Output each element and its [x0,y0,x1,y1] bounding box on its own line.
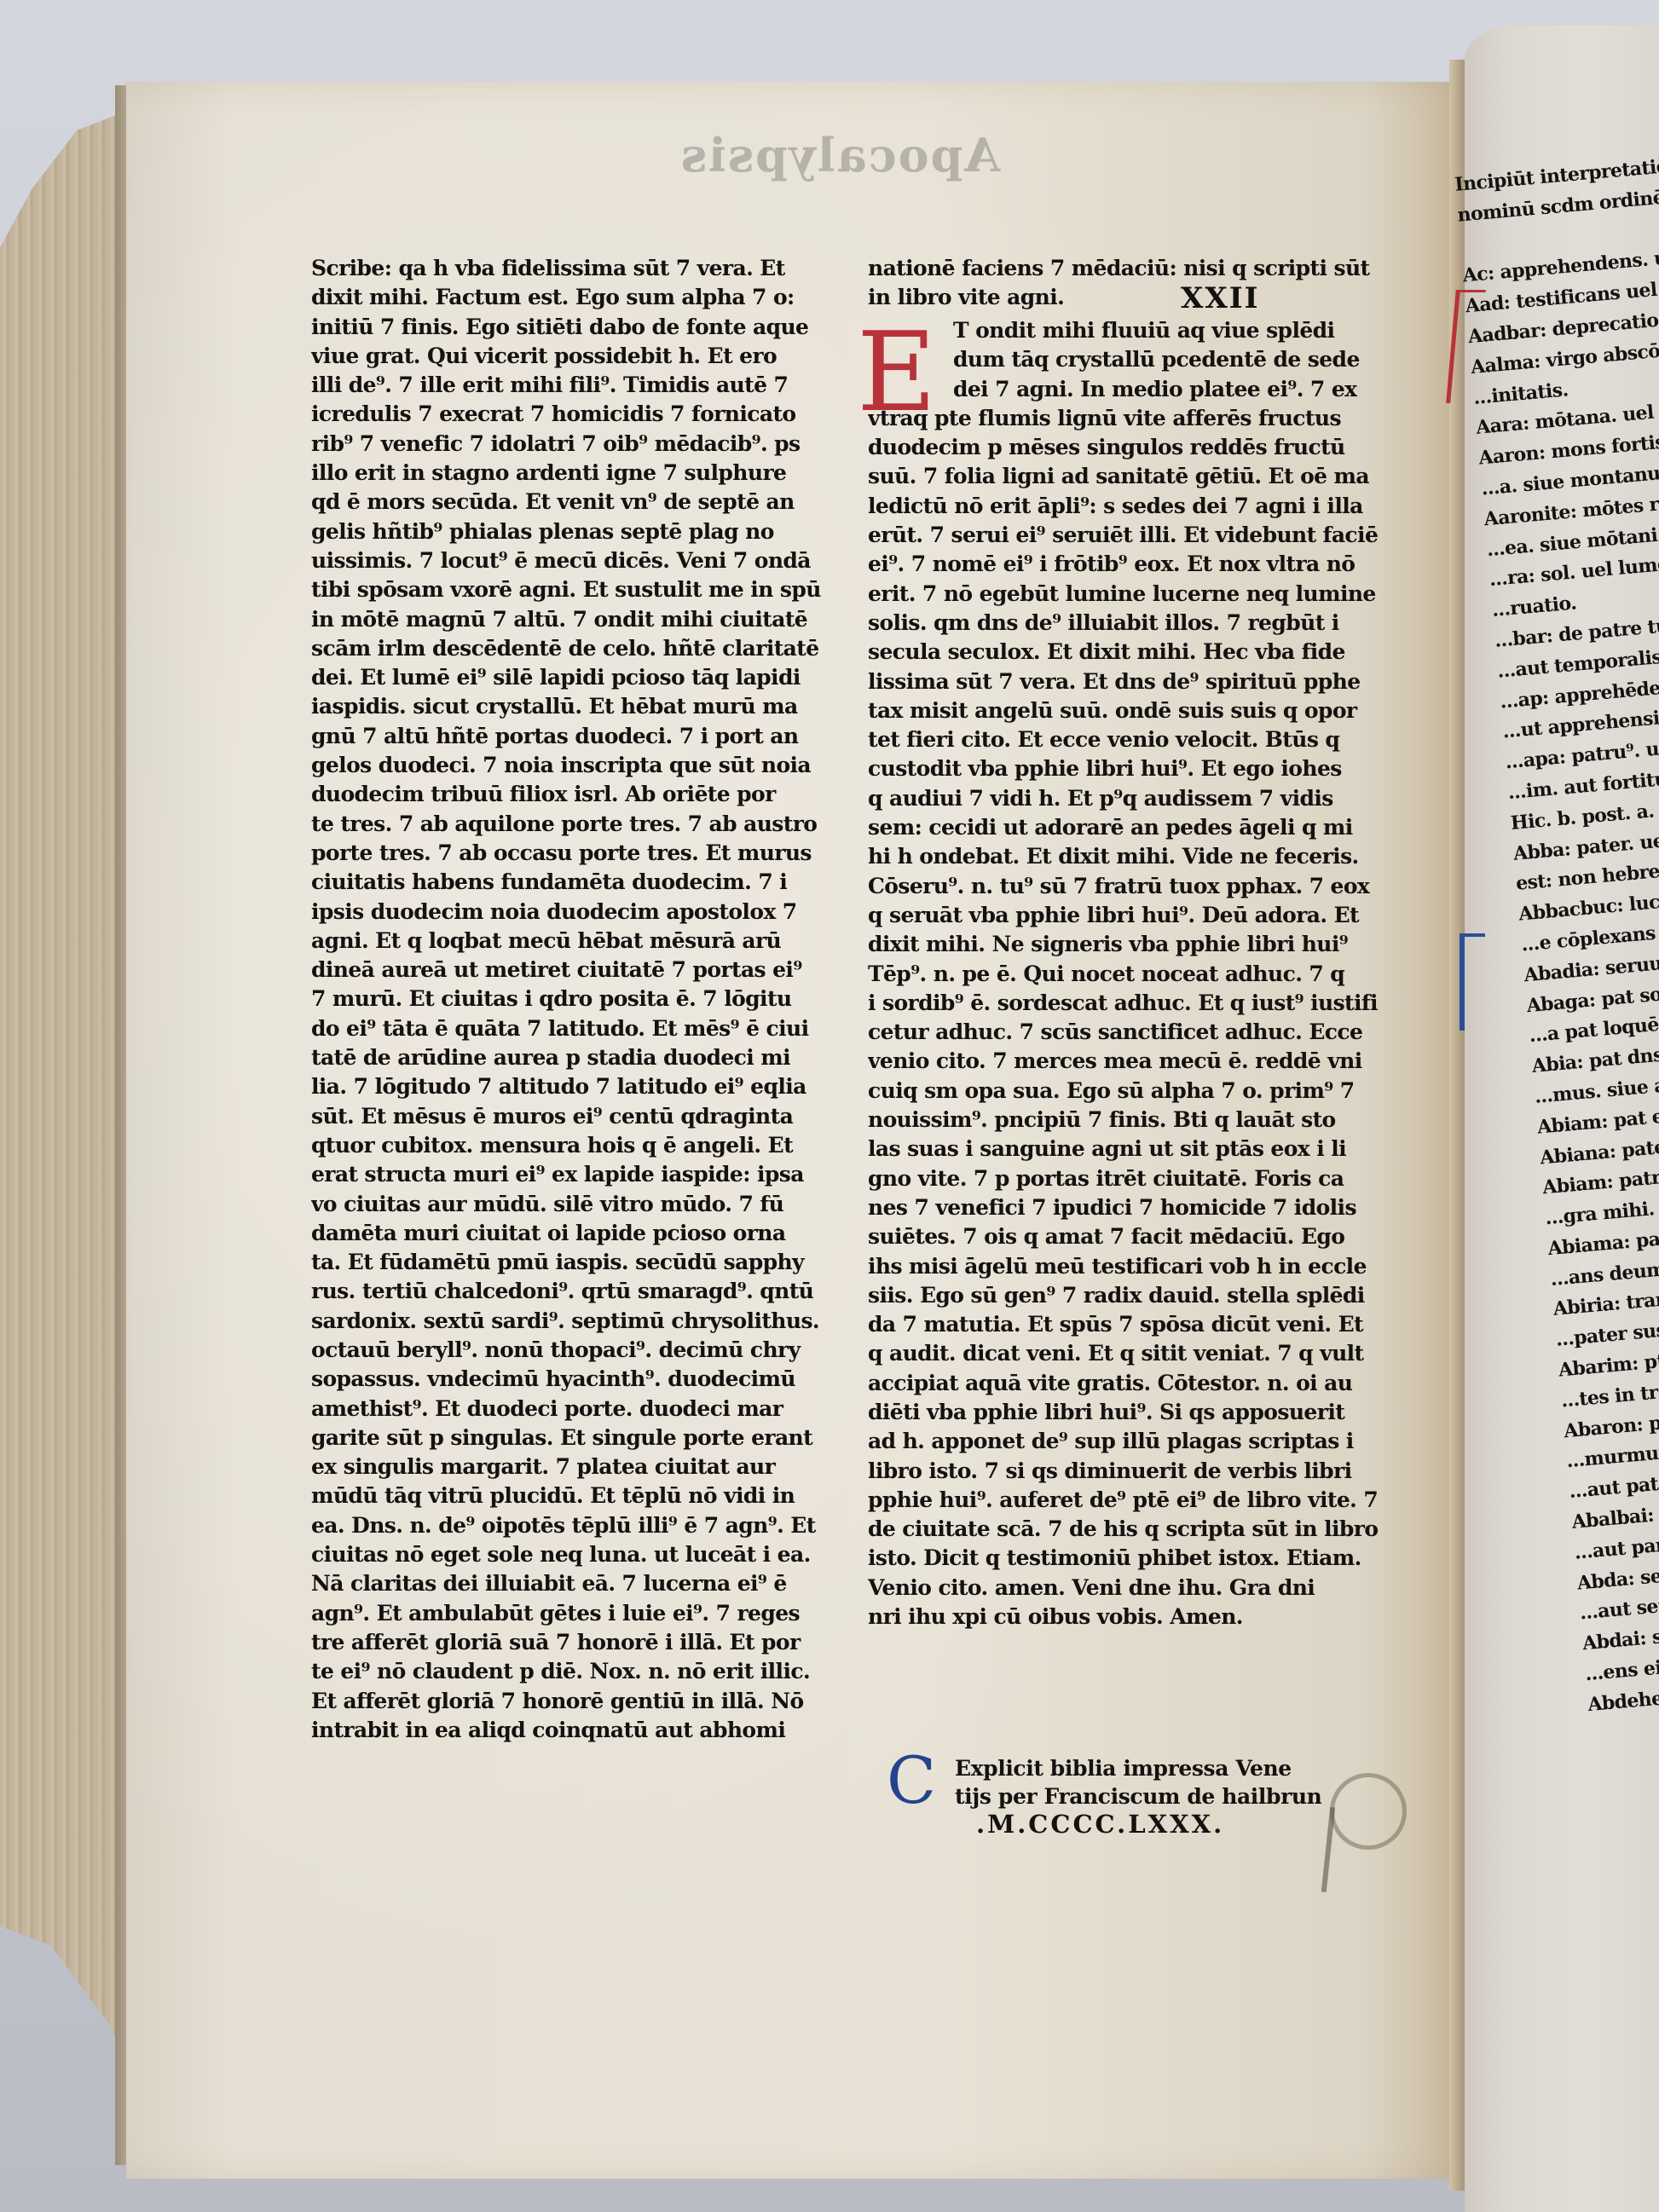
text-line: ihs misi āgelū meū testificari vob h in … [868,1252,1384,1281]
text-line: Tēp⁹. n. pe ē. Qui nocet noceat adhuc. 7… [868,960,1384,989]
text-line: iaspidis. sicut crystallū. Et hēbat murū… [311,692,840,721]
left-text-column: Scribe: qa h vba fidelissima sūt 7 vera.… [311,254,840,1745]
text-line: Et afferēt gloriā 7 honorē gentiū in ill… [311,1687,840,1716]
text-line: dum tāq crystallū pcedentē de sede [868,345,1384,374]
colophon: Explicit biblia impressa Vene tijs per F… [887,1754,1321,1839]
text-line: initiū 7 finis. Ego sitiēti dabo de font… [311,313,840,342]
text-line: in libro vite agni. [868,283,1384,312]
text-line: intrabit in ea aliqd coinqnatū aut abhom… [311,1716,840,1745]
text-line: sopassus. vndecimū hyacinth⁹. duodecimū [311,1365,840,1394]
text-line: dei 7 agni. In medio platee ei⁹. 7 ex [868,375,1384,404]
text-line: illi de⁹. 7 ille erit mihi fili⁹. Timidi… [311,371,840,400]
text-line: diēti vba pphie libri hui⁹. Si qs apposu… [868,1398,1384,1427]
text-line: hi h ondebat. Et dixit mihi. Vide ne fec… [868,842,1384,871]
text-line: gelis hñtib⁹ phialas plenas septē plag n… [311,517,840,546]
text-line: garite sūt p singulas. Et singule porte … [311,1424,840,1453]
text-line: ciuitatis habens fundamēta duodecim. 7 i [311,868,840,897]
text-line: nouissim⁹. pncipiū 7 finis. Bti q lauāt … [868,1106,1384,1135]
text-line: ei⁹. 7 nomē ei⁹ i frōtib⁹ eox. Et nox vl… [868,550,1384,579]
text-line: T ondit mihi fluuiū aq viue splēdi [868,316,1384,345]
text-line: mūdū tāq vitrū plucidū. Et tēplū nō vidi… [311,1481,840,1510]
colophon-line-2: tijs per Franciscum de hailbrun [887,1782,1321,1811]
text-line: q audiui 7 vidi h. Et p⁹q audissem 7 vid… [868,784,1384,813]
text-line: accipiat aquā vite gratis. Cōtestor. n. … [868,1369,1384,1398]
text-line: ad h. apponet de⁹ sup illū plagas script… [868,1427,1384,1456]
text-line: qd ē mors secūda. Et venit vn⁹ de septē … [311,488,840,517]
text-line: i sordib⁹ ē. sordescat adhuc. Et q iust⁹… [868,989,1384,1018]
recto-blue-initial [1460,933,1485,1031]
text-line: ledictū nō erit āpli⁹: s sedes dei 7 agn… [868,492,1384,521]
text-line: agni. Et q loqbat mecū hēbat mēsurā arū [311,927,840,956]
text-line: tet fieri cito. Et ecce venio velocit. B… [868,725,1384,754]
text-line: da 7 matutia. Et spūs 7 spōsa dicūt veni… [868,1310,1384,1339]
text-line: secula seculox. Et dixit mihi. Hec vba f… [868,638,1384,667]
text-line: Cōseru⁹. n. tu⁹ sū 7 fratrū tuox pphax. … [868,872,1384,901]
text-line: tatē de arūdine aurea p stadia duodeci m… [311,1043,840,1072]
text-line: sem: cecidi ut adorarē an pedes āgeli q … [868,813,1384,842]
text-line: ta. Et fūdamētū pmū iaspis. secūdū sapph… [311,1248,840,1277]
text-line: dineā aureā ut metiret ciuitatē 7 portas… [311,956,840,985]
text-line: Scribe: qa h vba fidelissima sūt 7 vera.… [311,254,840,283]
right-column-top: nationē faciens 7 mēdaciū: nisi q script… [868,254,1384,313]
text-line: rib⁹ 7 venefic 7 idolatri 7 oib⁹ mēdacib… [311,430,840,459]
right-column-body: T ondit mihi fluuiū aq viue splēdidum tā… [868,316,1384,1632]
text-line: vtraq pte flumis lignū vite afferēs fruc… [868,404,1384,433]
text-line: nri ihu xpi cū oibus vobis. Amen. [868,1603,1384,1632]
text-line: do ei⁹ tāta ē quāta 7 latitudo. Et mēs⁹ … [311,1014,840,1043]
text-line: amethist⁹. Et duodeci porte. duodeci mar [311,1395,840,1424]
text-line: tax misit angelū suū. ondē suis suis q o… [868,696,1384,725]
text-line: viue grat. Qui vicerit possidebit h. Et … [311,342,840,371]
page-stack-edge [0,111,128,2063]
text-line: cuiq sm opa sua. Ego sū alpha 7 o. prim⁹… [868,1077,1384,1106]
text-line: qtuor cubitox. mensura hois q ē angeli. … [311,1131,840,1160]
running-head-show-through: Apocalypsis [678,128,1002,188]
text-line: scām irlm descēdentē de celo. hñtē clari… [311,634,840,663]
text-line: lia. 7 lōgitudo 7 altitudo 7 latitudo ei… [311,1072,840,1101]
text-line: venio cito. 7 merces mea mecū ē. reddē v… [868,1047,1384,1076]
text-line: custodit vba pphie libri hui⁹. Et ego io… [868,754,1384,783]
text-line: pphie hui⁹. auferet de⁹ ptē ei⁹ de libro… [868,1486,1384,1515]
text-line: porte tres. 7 ab occasu porte tres. Et m… [311,839,840,868]
text-line: ciuitas nō eget sole neq luna. ut luceāt… [311,1540,840,1569]
text-line: Venio cito. amen. Veni dne ihu. Gra dni [868,1574,1384,1603]
text-line: 7 murū. Et ciuitas i qdro posita ē. 7 lō… [311,985,840,1014]
text-line: ex singulis margarit. 7 platea ciuitat a… [311,1453,840,1481]
text-line: sardonix. sextū sardi⁹. septimū chrysoli… [311,1307,840,1336]
text-line: gnū 7 altū hñtē portas duodeci. 7 i port… [311,722,840,751]
text-line: cetur adhuc. 7 scūs sanctificet adhuc. E… [868,1018,1384,1047]
text-line: ea. Dns. n. de⁹ oipotēs tēplū illi⁹ ē 7 … [311,1511,840,1540]
ink-stamp-mark [1330,1773,1407,1850]
colophon-date: .M.CCCC.LXXX. [887,1811,1321,1839]
text-line: las suas i sanguine agni ut sit ptās eox… [868,1135,1384,1164]
text-line: suū. 7 folia ligni ad sanitatē gētiū. Et… [868,462,1384,491]
text-line: q audit. dicat veni. Et q sitit veniat. … [868,1339,1384,1368]
text-line: nes 7 venefici 7 ipudici 7 homicide 7 id… [868,1193,1384,1222]
text-line: solis. qm dns de⁹ illuiabit illos. 7 reg… [868,609,1384,638]
text-line: duodecim tribuū filiox isrl. Ab oriēte p… [311,780,840,809]
text-line: erat structa muri ei⁹ ex lapide iaspide:… [311,1160,840,1189]
text-line: gno vite. 7 p portas itrēt ciuitatē. For… [868,1164,1384,1193]
text-line: agn⁹. Et ambulabūt gētes i luie ei⁹. 7 r… [311,1599,840,1628]
text-line: erit. 7 nō egebūt lumine lucerne neq lum… [868,580,1384,609]
text-line: dei. Et lumē ei⁹ silē lapidi pcioso tāq … [311,663,840,692]
text-line: in mōtē magnū 7 altū. 7 ondit mihi ciuit… [311,605,840,634]
text-line: rus. tertiū chalcedoni⁹. qrtū smaragd⁹. … [311,1277,840,1306]
text-line: uissimis. 7 locut⁹ ē mecū dicēs. Veni 7 … [311,546,840,575]
text-line: isto. Dicit q testimoniū phibet istox. E… [868,1544,1384,1573]
text-line: de ciuitate scā. 7 de his q scripta sūt … [868,1515,1384,1544]
text-line: erūt. 7 serui ei⁹ seruiēt illi. Et videb… [868,521,1384,550]
text-line: q seruāt vba pphie libri hui⁹. Deū adora… [868,901,1384,930]
text-line: nationē faciens 7 mēdaciū: nisi q script… [868,254,1384,283]
text-line: lissima sūt 7 vera. Et dns de⁹ spirituū … [868,667,1384,696]
text-line: vo ciuitas aur mūdū. silē vitro mūdo. 7 … [311,1190,840,1219]
text-line: illo erit in stagno ardenti igne 7 sulph… [311,459,840,488]
text-line: libro isto. 7 si qs diminuerit de verbis… [868,1457,1384,1486]
text-line: sūt. Et mēsus ē muros ei⁹ centū qdragint… [311,1102,840,1131]
colophon-line-1: Explicit biblia impressa Vene [887,1754,1321,1782]
text-line: suiētes. 7 ois q amat 7 facit mēdaciū. E… [868,1222,1384,1251]
text-line: tre afferēt gloriā suā 7 honorē i illā. … [311,1628,840,1657]
text-line: te tres. 7 ab aquilone porte tres. 7 ab … [311,810,840,839]
text-line: dixit mihi. Factum est. Ego sum alpha 7 … [311,283,840,312]
text-line: dixit mihi. Ne signeris vba pphie libri … [868,930,1384,959]
photo-scene: Apocalypsis Scribe: qa h vba fidelissima… [0,0,1659,2212]
text-line: Nā claritas dei illuiabit eā. 7 lucerna … [311,1569,840,1598]
text-line: gelos duodeci. 7 noia inscripta que sūt … [311,751,840,780]
text-line: icredulis 7 execrat 7 homicidis 7 fornic… [311,400,840,429]
text-line: siis. Ego sū gen⁹ 7 radix dauid. stella … [868,1281,1384,1310]
text-line: te ei⁹ nō claudent p diē. Nox. n. nō eri… [311,1657,840,1686]
text-line: ipsis duodecim noia duodecim apostolox 7 [311,898,840,927]
text-line: duodecim p mēses singulos reddēs fructū [868,433,1384,462]
text-line: octauū beryll⁹. nonū thopaci⁹. decimū ch… [311,1336,840,1365]
chapter-number: XXII [1181,281,1260,315]
text-line: tibi spōsam vxorē agni. Et sustulit me i… [311,575,840,604]
text-line: damēta muri ciuitat oi lapide pcioso orn… [311,1219,840,1248]
